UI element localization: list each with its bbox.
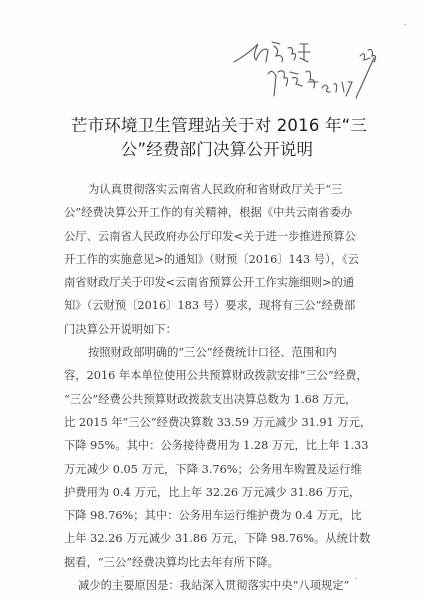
text-line: 万元减少 0.05 万元，下降 3.76%；公务用车购置及运行维 <box>64 458 364 481</box>
signature-scribble-icon <box>228 32 408 112</box>
paragraph-3: 减少的主要原因是：我站深入贯彻落实中央“八项规定” <box>64 574 364 597</box>
document-page: 同意公示 管宏韬 2017 28/8 芒市环境卫生管理站关于对 2016 年“三… <box>0 0 424 600</box>
text-line: 下降 98.76%；其中：公务用车运行维护费为 0.4 万元，比 <box>64 504 364 527</box>
text-line: 开工作的实施意见>的通知》（财预〔2016〕143 号），《云 <box>64 248 364 271</box>
text-line: 南省财政厅关于印发<云南省预算公开工作实施细则>的通 <box>64 271 364 294</box>
title-line-2: 公”经费部门决算公开说明 <box>0 138 424 162</box>
scan-speck <box>355 578 357 579</box>
text-line: 容，2016 年本单位使用公共预算财政拨款安排“三公”经费， <box>64 364 364 387</box>
handwritten-signature: 同意公示 管宏韬 2017 28/8 <box>228 32 408 112</box>
text-line: “三公”经费公共预算财政拨款支出决算总数为 1.68 万元， <box>64 388 364 411</box>
text-line: 据看，“三公”经费决算均比去年有所下降。 <box>64 551 364 574</box>
title-line-1: 芒市环境卫生管理站关于对 2016 年“三 <box>0 114 424 138</box>
scan-speck <box>404 24 406 25</box>
text-line: 下降 95%。其中：公务接待费用为 1.28 万元，比上年 1.33 <box>64 434 364 457</box>
text-line: 比 2015 年“三公”经费决算数 33.59 万元减少 31.91 万元， <box>64 411 364 434</box>
text-line: 公厅、云南省人民政府办公厅印发<关于进一步推进预算公 <box>64 225 364 248</box>
text-line: 知》（云财预〔2016〕183 号）要求，现将有三公”经费部 <box>64 294 364 317</box>
paragraph-1: 为认真贯彻落实云南省人民政府和省财政厅关于“三 公”经费决算公开工作的有关精神，… <box>64 178 364 341</box>
text-line: 按照财政部明确的“三公”经费统计口径、范围和内 <box>64 341 364 364</box>
text-line: 减少的主要原因是：我站深入贯彻落实中央“八项规定” <box>64 574 364 597</box>
paragraph-2: 按照财政部明确的“三公”经费统计口径、范围和内 容，2016 年本单位使用公共预… <box>64 341 364 574</box>
scan-speck <box>122 576 124 577</box>
text-line: 上年 32.26 万元减少 31.86 万元，下降 98.76%。从统计数 <box>64 527 364 550</box>
document-body: 为认真贯彻落实云南省人民政府和省财政厅关于“三 公”经费决算公开工作的有关精神，… <box>64 178 364 597</box>
text-line: 为认真贯彻落实云南省人民政府和省财政厅关于“三 <box>64 178 364 201</box>
text-line: 护费用为 0.4 万元，比上年 32.26 万元减少 31.86 万元， <box>64 481 364 504</box>
document-title: 芒市环境卫生管理站关于对 2016 年“三 公”经费部门决算公开说明 <box>0 114 424 162</box>
text-line: 门决算公开说明如下： <box>64 318 364 341</box>
text-line: 公”经费决算公开工作的有关精神，根据《中共云南省委办 <box>64 201 364 224</box>
